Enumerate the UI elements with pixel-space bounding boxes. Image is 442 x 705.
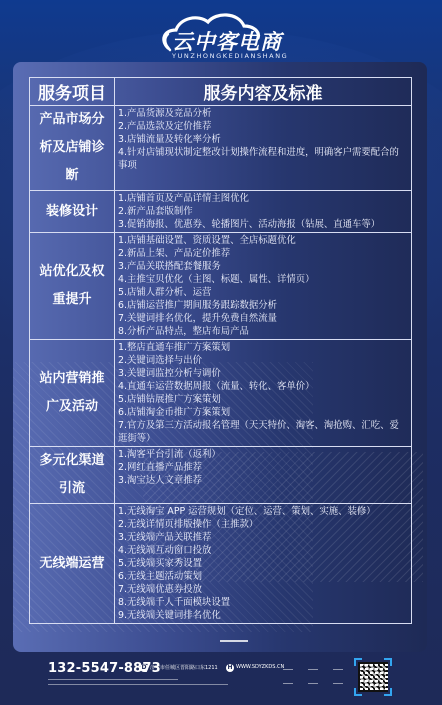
list-item: 1.淘客平台引流（返利）	[118, 448, 408, 461]
items-cell: 1.店铺首页及产品详情主图优化 2.新产品套版制作 3.促销海报、优惠券、轮播图…	[115, 191, 412, 233]
list-item: 6.无线主题活动策划	[118, 570, 408, 583]
list-item: 8.分析产品特点，整店布局产品	[118, 325, 408, 338]
category-cell: 装修设计	[30, 191, 115, 233]
list-item: 7.无线端优惠券投放	[118, 583, 408, 596]
list-item: 3.促销海报、优惠券、轮播图片、活动海报（钻展、直通车等）	[118, 218, 408, 231]
address-icon: D	[140, 664, 148, 672]
list-item: 1.整店直通车推广方案策划	[118, 341, 408, 354]
service-table: 服务项目 服务内容及标准 产品市场分析及店铺诊断 1.产品货源及竞品分析 2.产…	[29, 77, 412, 624]
list-item: 4.针对店铺现状制定整改计划操作流程和进度，明确客户需要配合的事项	[118, 146, 408, 172]
brand-name-en: YUNZHONGKEDIANSHANG	[172, 52, 288, 60]
list-item: 3.淘宝达人文章推荐	[118, 474, 408, 487]
list-item: 3.店铺流量及转化率分析	[118, 133, 408, 146]
mini-icon	[283, 677, 293, 684]
mini-icon	[333, 663, 343, 670]
header-service-content: 服务内容及标准	[115, 78, 412, 106]
items-cell: 1.整店直通车推广方案策划 2.关键词选择与出价 3.关键词监控分析与调价 4.…	[115, 340, 412, 447]
list-item: 4.无线端互动窗口投放	[118, 544, 408, 557]
list-item: 1.无线淘宝 APP 运营规划（定位、运营、策划、实施、装修）	[118, 505, 408, 518]
list-item: 2.网红直播产品推荐	[118, 461, 408, 474]
list-item: 8.无线端千人千面模块设置	[118, 596, 408, 609]
list-item: 1.店铺基础设置、资质设置、全店标题优化	[118, 234, 408, 247]
list-item: 7.关键词排名优化，提升免费自然流量	[118, 312, 408, 325]
category-cell: 产品市场分析及店铺诊断	[30, 106, 115, 191]
list-item: 3.关键词监控分析与调价	[118, 367, 408, 380]
list-item: 4.主推宝贝优化（主图、标题、属性、详情页）	[118, 273, 408, 286]
items-cell: 1.产品货源及竞品分析 2.产品选款及定价推荐 3.店铺流量及转化率分析 4.针…	[115, 106, 412, 191]
list-item: 5.店铺钻展推广方案策划	[118, 393, 408, 406]
category-cell: 站内营销推广及活动	[30, 340, 115, 447]
list-item: 2.关键词选择与出价	[118, 354, 408, 367]
website-icon: H	[226, 664, 234, 672]
table-row: 站内营销推广及活动 1.整店直通车推广方案策划 2.关键词选择与出价 3.关键词…	[30, 340, 412, 447]
qr-code-image	[358, 662, 388, 692]
list-item: 2.新品上架、产品定价推荐	[118, 247, 408, 260]
list-item: 6.店铺淘金币推广方案策划	[118, 406, 408, 419]
table-header-row: 服务项目 服务内容及标准	[30, 78, 412, 106]
list-item: 2.新产品套版制作	[118, 205, 408, 218]
list-item: 9.无线端关键词排名优化	[118, 609, 408, 622]
items-cell: 1.淘客平台引流（返利） 2.网红直播产品推荐 3.淘宝达人文章推荐	[115, 447, 412, 504]
table-row: 站优化及权重提升 1.店铺基础设置、资质设置、全店标题优化 2.新品上架、产品定…	[30, 233, 412, 340]
list-item: 7.官方及第三方活动报名管理（天天特价、淘客、淘抢购、汇吃、爱逛街等）	[118, 419, 408, 445]
qr-code	[354, 658, 392, 696]
list-item: 6.店铺运营推广期间服务跟踪数据分析	[118, 299, 408, 312]
category-cell: 无线端运营	[30, 504, 115, 624]
list-item: 2.产品选款及定价推荐	[118, 120, 408, 133]
mini-icon	[308, 677, 318, 684]
list-item: 1.产品货源及竞品分析	[118, 107, 408, 120]
list-item: 5.无线端买家秀设置	[118, 557, 408, 570]
mini-icon	[283, 663, 293, 670]
mini-icon	[308, 663, 318, 670]
list-item: 5.店铺人群分析、运营	[118, 286, 408, 299]
table-row: 产品市场分析及店铺诊断 1.产品货源及竞品分析 2.产品选款及定价推荐 3.店铺…	[30, 106, 412, 191]
fine-print-line	[48, 684, 228, 685]
list-item: 1.店铺首页及产品详情主图优化	[118, 192, 408, 205]
list-item: 3.产品关联搭配套餐服务	[118, 260, 408, 273]
list-item: 2.无线详情页排版操作（主推款）	[118, 518, 408, 531]
items-cell: 1.无线淘宝 APP 运营规划（定位、运营、策划、实施、装修） 2.无线详情页排…	[115, 504, 412, 624]
category-cell: 多元化渠道引流	[30, 447, 115, 504]
table-row: 多元化渠道引流 1.淘客平台引流（返利） 2.网红直播产品推荐 3.淘宝达人文章…	[30, 447, 412, 504]
header-service-item: 服务项目	[30, 78, 115, 106]
list-item: 3.无线端产品关联推荐	[118, 531, 408, 544]
items-cell: 1.店铺基础设置、资质设置、全店标题优化 2.新品上架、产品定价推荐 3.产品关…	[115, 233, 412, 340]
footer: 132-5547-8873 D 济宁市任城区晋阳路口东1211 H WWW.SD…	[0, 655, 442, 705]
fine-print-line	[48, 679, 178, 680]
website-link[interactable]: WWW.SDYZKDS.CN	[236, 664, 284, 670]
table-row: 无线端运营 1.无线淘宝 APP 运营规划（定位、运营、策划、实施、装修） 2.…	[30, 504, 412, 624]
category-cell: 站优化及权重提升	[30, 233, 115, 340]
table-row: 装修设计 1.店铺首页及产品详情主图优化 2.新产品套版制作 3.促销海报、优惠…	[30, 191, 412, 233]
divider	[220, 640, 248, 642]
service-panel: 服务项目 服务内容及标准 产品市场分析及店铺诊断 1.产品货源及竞品分析 2.产…	[13, 62, 427, 652]
brand-logo: 云中客电商 YUNZHONGKEDIANSHANG	[158, 8, 298, 58]
mini-icon	[333, 677, 343, 684]
list-item: 4.直通车运营数据周报（流量、转化、客单价）	[118, 380, 408, 393]
address-text: 济宁市任城区晋阳路口东1211	[150, 664, 218, 671]
